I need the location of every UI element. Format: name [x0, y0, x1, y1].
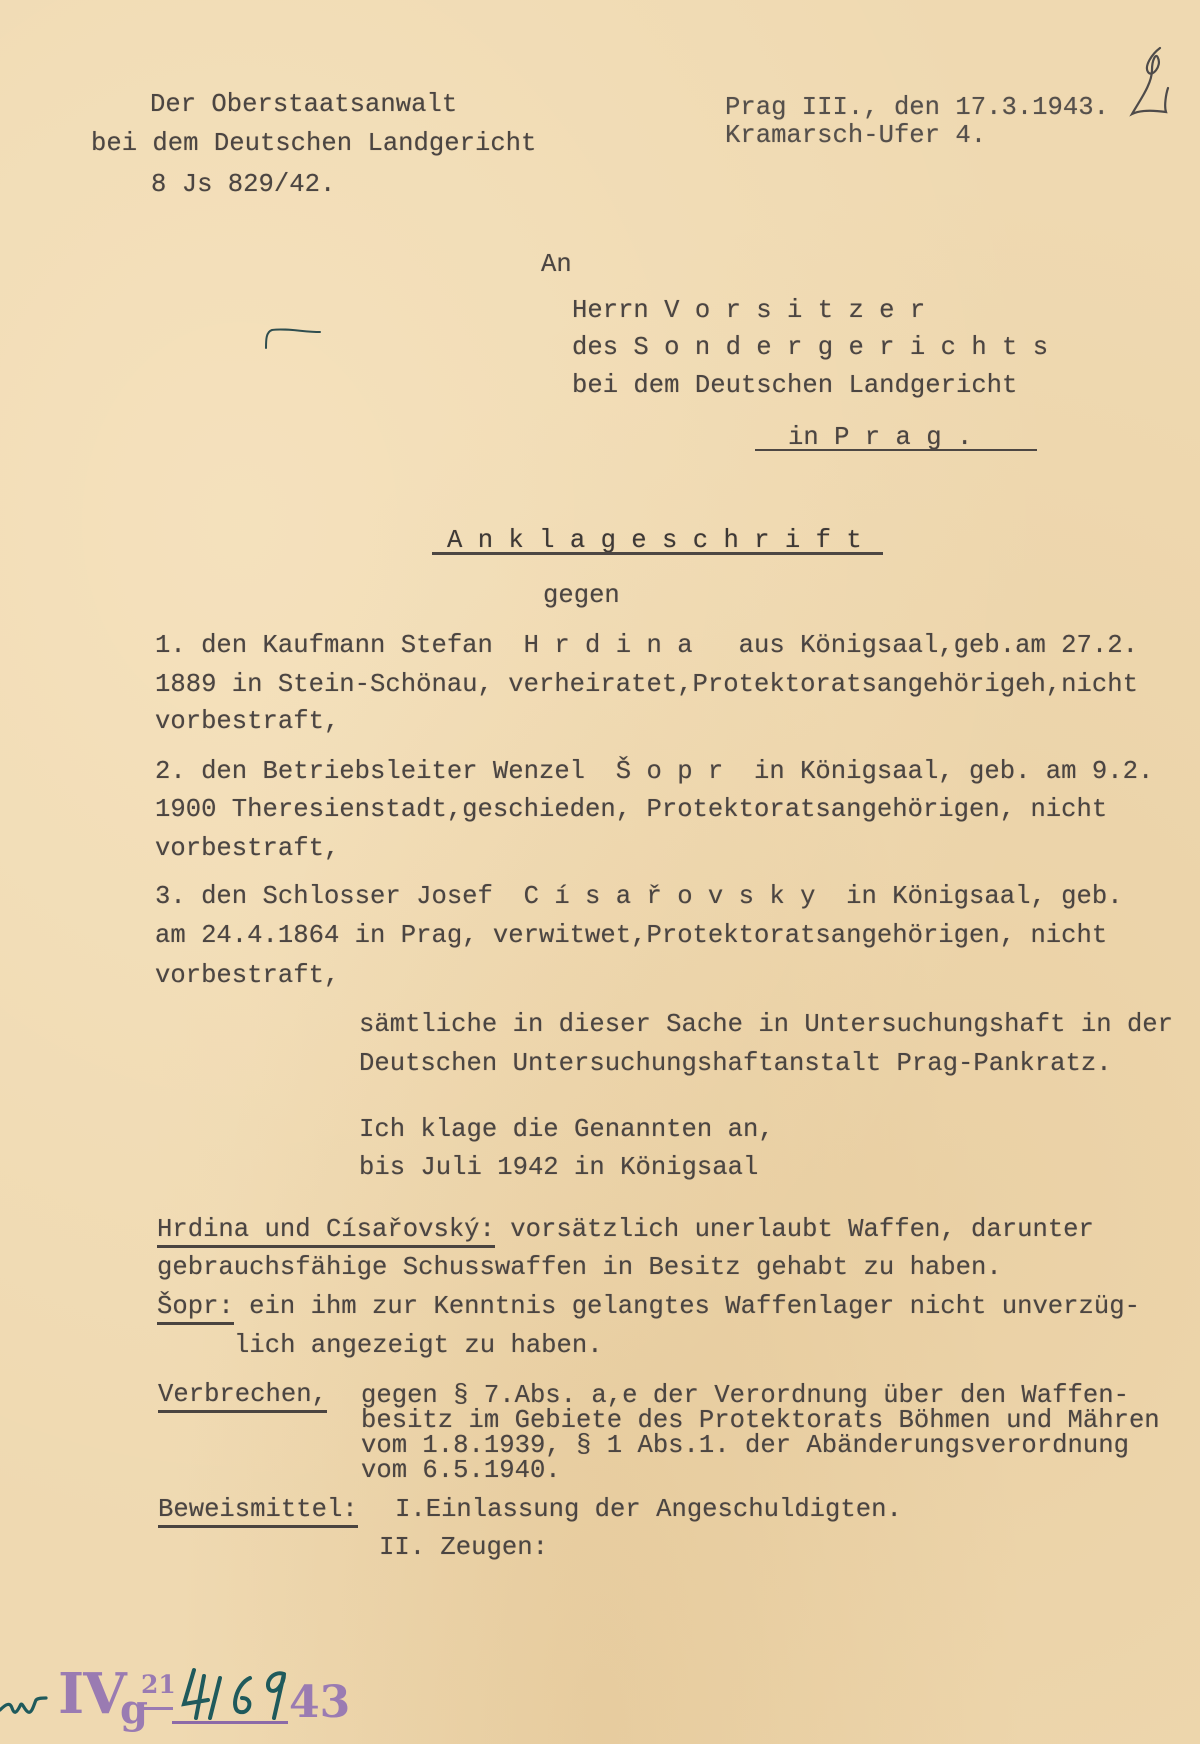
against-label: gegen — [543, 583, 620, 609]
accused-line: 1900 Theresienstadt,geschieden, Protekto… — [155, 797, 1107, 823]
recipient-line-2: des S o n d e r g e r i c h t s — [572, 335, 1048, 361]
stamp-superscript-underline — [141, 1707, 173, 1710]
charge-2-line-1: Šopr: ein ihm zur Kenntnis gelangtes Waf… — [157, 1294, 1140, 1320]
crime-line-4: vom 6.5.1940. — [361, 1458, 561, 1484]
recipient-city-underline — [755, 449, 1037, 451]
accused-line: vorbestraft, — [155, 836, 339, 862]
accused-line: vorbestraft, — [155, 963, 339, 989]
accused-line: 1. den Kaufmann Stefan H r d i n a aus K… — [155, 633, 1138, 659]
charge-intro-line-1: Ich klage die Genannten an, — [359, 1117, 774, 1143]
sender-address: Kramarsch-Ufer 4. — [725, 123, 986, 149]
sender-title: Der Oberstaatsanwalt — [150, 92, 457, 118]
crime-label: Verbrechen, — [158, 1380, 327, 1413]
charge-1-line-1: Hrdina und Císařovský: vorsätzlich unerl… — [157, 1217, 1094, 1243]
evidence-item-1: I.Einlassung der Angeschuldigten. — [395, 1497, 902, 1523]
stamp-year: 43 — [289, 1680, 350, 1726]
margin-pencil-mark-icon — [260, 322, 326, 352]
recipient-line-1: Herrn V o r s i t z e r — [572, 298, 925, 324]
stamp-prefix: IV — [58, 1664, 126, 1724]
accused-line: 2. den Betriebsleiter Wenzel Š o p r in … — [155, 759, 1153, 785]
charge-1-label: Hrdina und Císařovský: — [157, 1215, 495, 1248]
charge-1-line-2: gebrauchsfähige Schusswaffen in Besitz g… — [157, 1255, 1002, 1281]
charge-1-text: vorsätzlich unerlaubt Waffen, darunter — [495, 1215, 1094, 1244]
evidence-item-2: II. Zeugen: — [379, 1535, 548, 1561]
evidence-label: Beweismittel: — [158, 1495, 358, 1528]
charge-2-label: Šopr: — [157, 1292, 234, 1325]
accused-line: am 24.4.1864 in Prag, verwitwet,Protekto… — [155, 923, 1107, 949]
stamp-superscript: 21 — [141, 1672, 176, 1698]
recipient-city: in P r a g . — [788, 425, 972, 451]
crime-label-line: Verbrechen, — [158, 1382, 327, 1408]
handwritten-register-number: 4164 — [180, 1664, 290, 1724]
document-title: A n k l a g e s c h r i f t — [447, 528, 862, 554]
place-date: Prag III., den 17.3.1943. — [725, 95, 1109, 121]
custody-line-2: Deutschen Untersuchungshaftanstalt Prag-… — [359, 1051, 1112, 1077]
recipient-to: An — [541, 252, 572, 278]
accused-line: 1889 in Stein-Schönau, verheiratet,Prote… — [155, 672, 1138, 698]
custody-line-1: sämtliche in dieser Sache in Untersuchun… — [359, 1012, 1173, 1038]
charge-2-line-2: lich angezeigt zu haben. — [234, 1333, 603, 1359]
charge-2-text: ein ihm zur Kenntnis gelangtes Waffenlag… — [234, 1292, 1140, 1321]
file-reference: 8 Js 829/42. — [151, 172, 335, 198]
sender-court: bei dem Deutschen Landgericht — [91, 131, 536, 157]
charge-intro-line-2: bis Juli 1942 in Königsaal — [359, 1155, 758, 1181]
stamp-number-underline — [172, 1721, 288, 1724]
evidence-label-line: Beweismittel: — [158, 1497, 358, 1523]
title-underline — [432, 552, 883, 555]
recipient-line-3: bei dem Deutschen Landgericht — [572, 373, 1017, 399]
teal-scribble-icon — [0, 1686, 48, 1720]
page-number-handwritten: 2 — [1122, 44, 1172, 120]
accused-line: vorbestraft, — [155, 709, 339, 735]
accused-line: 3. den Schlosser Josef C í s a ř o v s k… — [155, 884, 1123, 910]
